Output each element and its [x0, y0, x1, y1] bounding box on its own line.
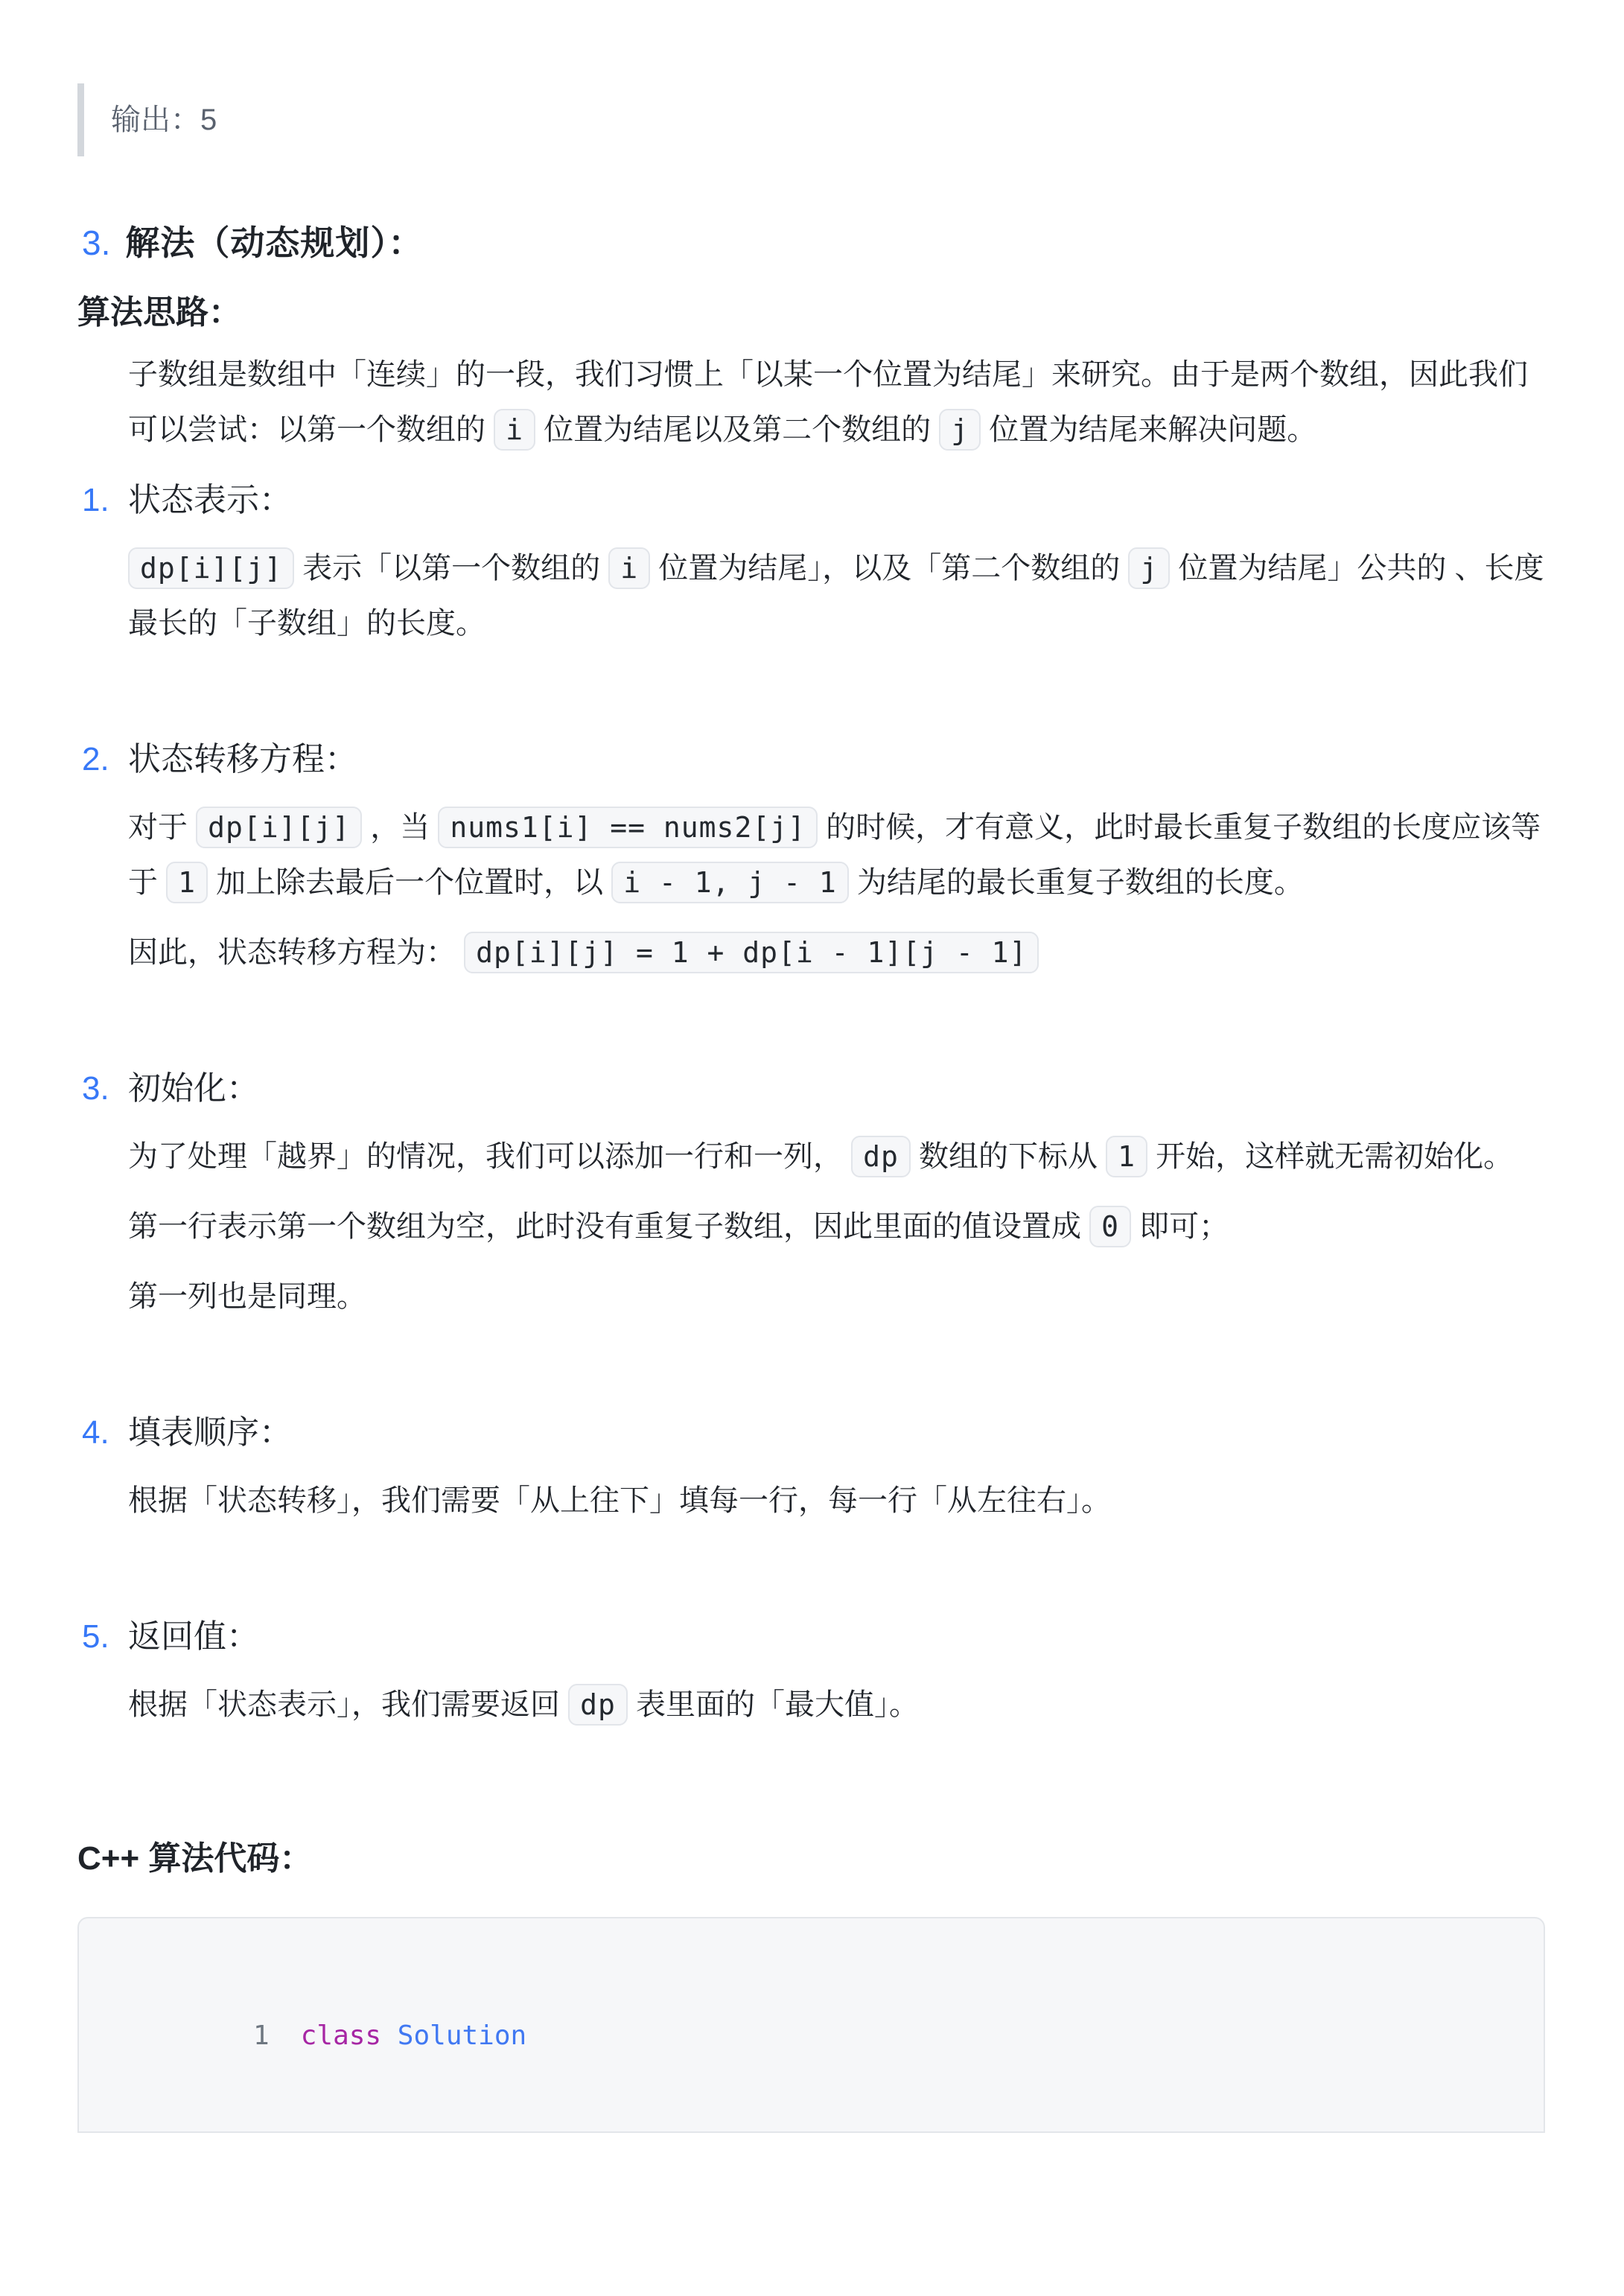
- code-line: 1class Solution: [79, 1918, 1544, 2099]
- solution-heading-number: 3.: [82, 219, 110, 267]
- step-paragraph: 因此，状态转移方程为： dp[i][j] = 1 + dp[i - 1][j -…: [77, 925, 1545, 980]
- step-paragraph: 第一列也是同理。: [77, 1269, 1545, 1324]
- step-paragraph: 第一行表示第一个数组为空，此时没有重复子数组，因此里面的值设置成 0 即可；: [77, 1199, 1545, 1254]
- step-item: 1. 状态表示： dp[i][j] 表示「以第一个数组的 i 位置为结尾」，以及…: [77, 478, 1545, 651]
- step-title: 状态转移方程：: [128, 741, 357, 777]
- inline-code: nums1[i] == nums2[j]: [438, 807, 818, 848]
- step-paragraph: 根据「状态表示」，我们需要返回 dp 表里面的「最大值」。: [77, 1677, 1545, 1732]
- step-paragraph: 对于 dp[i][j] ，当 nums1[i] == nums2[j] 的时候，…: [77, 800, 1545, 910]
- step-item: 4. 填表顺序： 根据「状态转移」，我们需要「从上往下」填每一行，每一行「从左往…: [77, 1411, 1545, 1528]
- step-head: 1. 状态表示：: [77, 478, 1545, 523]
- inline-code: dp[i][j]: [196, 807, 362, 848]
- output-text: 输出：5: [111, 104, 217, 136]
- algorithm-idea-heading: 算法思路：: [77, 290, 1545, 335]
- inline-code: 1: [1106, 1136, 1147, 1177]
- step-title: 返回值：: [128, 1618, 259, 1655]
- step-paragraph: 根据「状态转移」，我们需要「从上往下」填每一行，每一行「从左往右」。: [77, 1473, 1545, 1528]
- step-body: 对于 dp[i][j] ，当 nums1[i] == nums2[j] 的时候，…: [77, 800, 1545, 980]
- step-number: 4.: [82, 1411, 109, 1455]
- inline-code: dp: [568, 1684, 628, 1726]
- step-number: 3.: [82, 1066, 109, 1111]
- step-body: 根据「状态转移」，我们需要「从上往下」填每一行，每一行「从左往右」。: [77, 1473, 1545, 1528]
- inline-code: 1: [166, 862, 208, 903]
- inline-code: 0: [1089, 1206, 1131, 1247]
- inline-code: j: [939, 409, 981, 451]
- step-number: 1.: [82, 478, 109, 523]
- inline-code: i: [494, 409, 535, 451]
- code-token: [381, 2020, 398, 2051]
- solution-heading: 3. 解法（动态规划）：: [82, 219, 1545, 267]
- step-item: 5. 返回值： 根据「状态表示」，我们需要返回 dp 表里面的「最大值」。: [77, 1615, 1545, 1732]
- intro-paragraph: 子数组是数组中「连续」的一段，我们习惯上「以某一个位置为结尾」来研究。由于是两个…: [77, 347, 1545, 457]
- step-title: 填表顺序：: [128, 1414, 292, 1451]
- code-section-heading: C++ 算法代码：: [77, 1837, 1545, 1881]
- inline-code: dp: [851, 1136, 911, 1177]
- step-head: 3. 初始化：: [77, 1066, 1545, 1111]
- step-title: 初始化：: [128, 1070, 259, 1107]
- inline-code: i - 1, j - 1: [611, 862, 849, 903]
- step-paragraph: dp[i][j] 表示「以第一个数组的 i 位置为结尾」，以及「第二个数组的 j…: [77, 541, 1545, 651]
- code-block: 1class Solution: [77, 1917, 1545, 2133]
- step-paragraph: 为了处理「越界」的情况，我们可以添加一行和一列， dp 数组的下标从 1 开始，…: [77, 1129, 1545, 1184]
- step-head: 5. 返回值：: [77, 1615, 1545, 1659]
- code-token-cn: Solution: [398, 2020, 526, 2051]
- step-head: 2. 状态转移方程：: [77, 737, 1545, 782]
- inline-code: dp[i][j] = 1 + dp[i - 1][j - 1]: [464, 932, 1039, 973]
- solution-heading-title: 解法（动态规划）：: [125, 219, 423, 267]
- document-page: 输出：5 3. 解法（动态规划）： 算法思路： 子数组是数组中「连续」的一段，我…: [0, 0, 1624, 2296]
- step-head: 4. 填表顺序：: [77, 1411, 1545, 1455]
- step-body: dp[i][j] 表示「以第一个数组的 i 位置为结尾」，以及「第二个数组的 j…: [77, 541, 1545, 651]
- code-line-number: 1: [253, 2020, 270, 2051]
- step-body: 为了处理「越界」的情况，我们可以添加一行和一列， dp 数组的下标从 1 开始，…: [77, 1129, 1545, 1324]
- output-blockquote: 输出：5: [77, 83, 1545, 156]
- inline-code: j: [1128, 547, 1170, 589]
- inline-code: i: [608, 547, 650, 589]
- steps-list: 1. 状态表示： dp[i][j] 表示「以第一个数组的 i 位置为结尾」，以及…: [77, 478, 1545, 1732]
- code-tokens: class Solution: [301, 2020, 526, 2051]
- step-number: 2.: [82, 737, 109, 782]
- step-title: 状态表示：: [128, 482, 292, 518]
- step-number: 5.: [82, 1615, 109, 1659]
- code-token-kw: class: [301, 2020, 381, 2051]
- step-item: 3. 初始化： 为了处理「越界」的情况，我们可以添加一行和一列， dp 数组的下…: [77, 1066, 1545, 1324]
- inline-code: dp[i][j]: [128, 547, 294, 589]
- step-item: 2. 状态转移方程： 对于 dp[i][j] ，当 nums1[i] == nu…: [77, 737, 1545, 980]
- step-body: 根据「状态表示」，我们需要返回 dp 表里面的「最大值」。: [77, 1677, 1545, 1732]
